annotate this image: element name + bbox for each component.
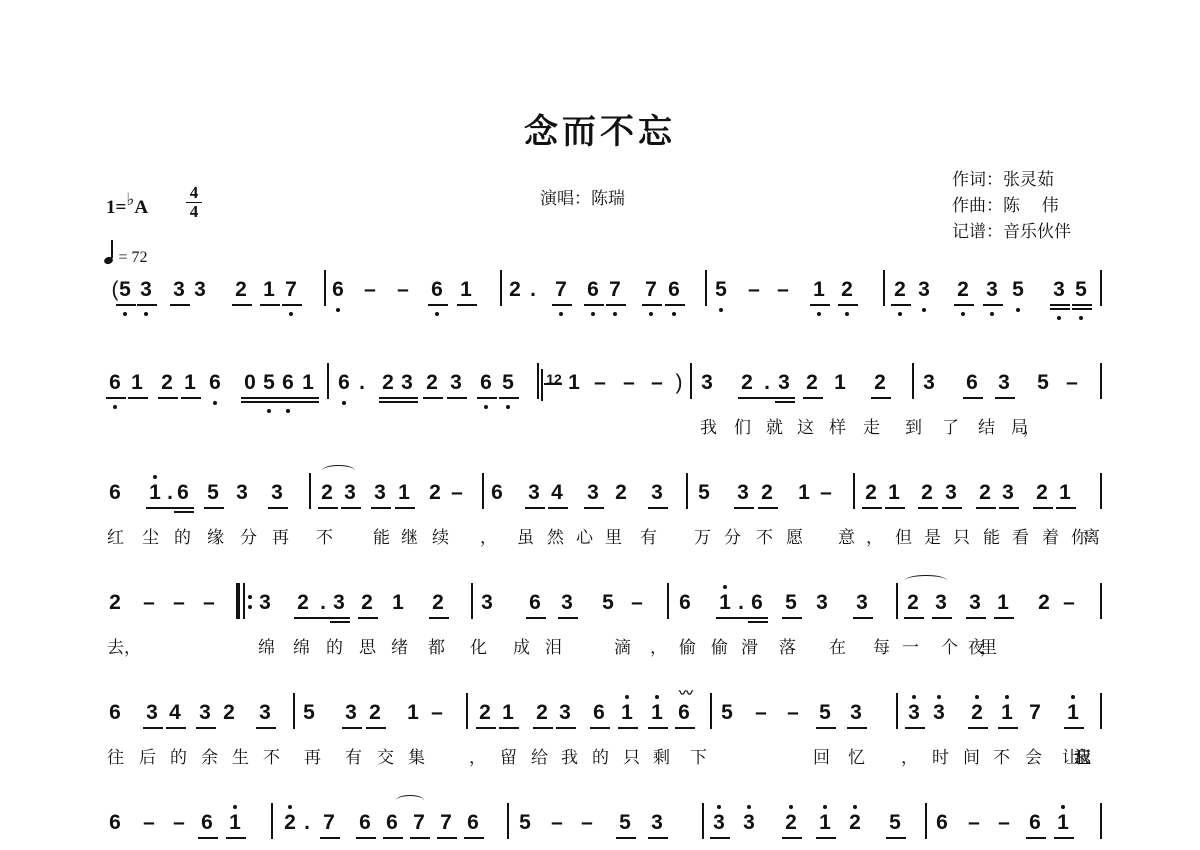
- lyric-char: 能: [983, 523, 1000, 548]
- note: 7: [439, 811, 453, 835]
- underline-beam: [999, 507, 1019, 509]
- note: 6: [586, 278, 600, 302]
- note: 3: [650, 481, 664, 505]
- note: 7: [644, 278, 658, 302]
- underline-beam: [838, 304, 858, 306]
- barline: [271, 803, 273, 839]
- underline-beam: [268, 507, 288, 509]
- underline-beam: [116, 304, 136, 306]
- barline: [853, 473, 855, 509]
- note: 3: [736, 481, 750, 505]
- note: 2: [425, 371, 439, 395]
- note: 3: [258, 701, 272, 725]
- lyric-char: 下: [690, 743, 707, 768]
- lyric-char: 这: [797, 413, 814, 438]
- note: 2: [848, 811, 862, 835]
- underline-beam: [423, 397, 443, 399]
- dash-hold: –: [550, 811, 564, 835]
- octave-dot-below: [144, 312, 148, 316]
- note: 1: [1066, 701, 1080, 725]
- note: 4: [550, 481, 564, 505]
- note: 5: [697, 481, 711, 505]
- barline: [710, 693, 712, 729]
- note: 6: [750, 591, 764, 615]
- barline: [896, 693, 898, 729]
- octave-dot-above: [1005, 695, 1009, 699]
- underline-beam: [395, 507, 415, 509]
- underline-beam: [1050, 308, 1070, 310]
- underline-beam: [648, 837, 668, 839]
- lyric-char: 交: [377, 743, 394, 768]
- underline-beam: [379, 397, 399, 399]
- note: 3: [815, 591, 829, 615]
- lyric-char: 落: [779, 633, 796, 658]
- octave-dot-below: [613, 312, 617, 316]
- underline-beam: [648, 507, 668, 509]
- time-signature-bottom: 4: [184, 203, 204, 221]
- note: 3: [855, 591, 869, 615]
- underline-beam: [226, 837, 246, 839]
- underline-beam: [320, 837, 340, 839]
- note: 3: [777, 371, 791, 395]
- score-line: 6––612.7667765––533321256––61: [0, 811, 1200, 850]
- lyric-char: ，: [650, 633, 667, 658]
- note: 2: [906, 591, 920, 615]
- volta-line: [544, 383, 562, 385]
- note: 3: [1052, 278, 1066, 302]
- time-signature: 4 4: [184, 184, 204, 221]
- underline-beam: [775, 401, 795, 403]
- octave-dot-above: [717, 805, 721, 809]
- underline-beam: [905, 727, 925, 729]
- underline-beam: [1064, 727, 1084, 729]
- note: 1: [391, 591, 405, 615]
- underline-beam: [1072, 308, 1092, 310]
- underline-beam: [294, 617, 314, 619]
- note: 5: [818, 701, 832, 725]
- octave-dot-above: [975, 695, 979, 699]
- underline-beam: [437, 837, 457, 839]
- lyric-char: 忆: [848, 743, 865, 768]
- key-one: 1=: [106, 197, 126, 218]
- barline: [293, 693, 295, 729]
- repeat-barline-thin: [243, 583, 245, 619]
- note: 6: [490, 481, 504, 505]
- underline-beam: [525, 507, 545, 509]
- lyric-char: 不: [756, 523, 773, 548]
- note: 1: [130, 371, 144, 395]
- note: 7: [284, 278, 298, 302]
- lyric-char: ，: [980, 633, 997, 658]
- slur-arc: [322, 465, 355, 476]
- lyric-char: 一: [902, 633, 919, 658]
- lyric-char: 再: [272, 523, 289, 548]
- octave-dot-below: [961, 312, 965, 316]
- transcriber-credit: 记谱：音乐伙伴: [952, 219, 1071, 245]
- note: 1: [1058, 481, 1072, 505]
- underline-beam: [556, 727, 576, 729]
- dash-hold: –: [786, 701, 800, 725]
- underline-beam: [232, 304, 252, 306]
- note: 5: [888, 811, 902, 835]
- octave-dot-below: [286, 409, 290, 413]
- note: 1: [262, 278, 276, 302]
- barline: [896, 583, 898, 619]
- underline-beam: [181, 397, 201, 399]
- note: ): [672, 371, 686, 395]
- lyric-char: 时: [932, 743, 949, 768]
- underline-beam: [137, 304, 157, 306]
- tempo-value: = 72: [119, 249, 148, 266]
- note: 1: [1000, 701, 1014, 725]
- underline-beam: [341, 507, 361, 509]
- lyric-char: 滑: [741, 633, 758, 658]
- lyric-char: 就: [766, 413, 783, 438]
- underline-beam: [983, 304, 1003, 306]
- octave-dot-above: [853, 805, 857, 809]
- octave-dot-above: [288, 805, 292, 809]
- barline: [471, 583, 473, 619]
- key-signature: 1=♭A: [106, 197, 148, 219]
- underline-beam: [241, 397, 261, 399]
- note: 1: [718, 591, 732, 615]
- lyric-char: 个: [941, 633, 958, 658]
- augmentation-dot: .: [163, 481, 177, 505]
- lyric-char: 的: [174, 523, 191, 548]
- underline-beam: [447, 397, 467, 399]
- underline-beam: [318, 507, 338, 509]
- note: 5: [618, 811, 632, 835]
- note: 2: [864, 481, 878, 505]
- dash-hold: –: [142, 811, 156, 835]
- note: 3: [145, 701, 159, 725]
- dash-hold: –: [622, 371, 636, 395]
- augmentation-dot: .: [734, 591, 748, 615]
- note: 2: [222, 701, 236, 725]
- lyric-char: 能: [373, 523, 390, 548]
- lyric-char: 会: [1025, 743, 1042, 768]
- underline-beam: [584, 304, 604, 306]
- underline-beam: [1050, 304, 1070, 306]
- note: 5: [601, 591, 615, 615]
- lyric-char: ，: [480, 523, 497, 548]
- octave-dot-above: [747, 805, 751, 809]
- lyric-char: 每: [873, 633, 890, 658]
- lyric-char: 不: [316, 523, 333, 548]
- dash-hold: –: [142, 591, 156, 615]
- underline-beam: [968, 727, 988, 729]
- lyric-char: 的: [326, 633, 343, 658]
- note: 5: [501, 371, 515, 395]
- underline-beam: [358, 617, 378, 619]
- underline-beam: [642, 304, 662, 306]
- underline-beam: [942, 507, 962, 509]
- note: 6: [479, 371, 493, 395]
- lyric-char: 万: [694, 523, 711, 548]
- score-line: 2–––32.32123635–61.653323312–去，绵绵的思绪都化成泪…: [0, 591, 1200, 631]
- underline-beam: [256, 727, 276, 729]
- note: 1: [650, 701, 664, 725]
- dash-hold: –: [650, 371, 664, 395]
- underline-beam: [648, 727, 668, 729]
- underline-beam: [810, 304, 830, 306]
- note: 1: [301, 371, 315, 395]
- note: 7: [322, 811, 336, 835]
- note: 3: [1001, 481, 1015, 505]
- repeat-dot: [248, 605, 252, 609]
- underline-beam: [166, 727, 186, 729]
- underline-beam: [803, 397, 823, 399]
- note: 3: [198, 701, 212, 725]
- barline: [686, 473, 688, 509]
- barline: [1100, 473, 1102, 509]
- note: 6: [592, 701, 606, 725]
- lyricist-credit: 作词：张灵茹: [952, 167, 1071, 193]
- note: 3: [332, 591, 346, 615]
- note: 6: [430, 278, 444, 302]
- note: 6: [281, 371, 295, 395]
- underline-beam: [616, 837, 636, 839]
- underline-beam: [143, 727, 163, 729]
- note: 1: [397, 481, 411, 505]
- lyric-char: 间: [963, 743, 980, 768]
- underline-beam: [128, 397, 148, 399]
- note: 2: [840, 278, 854, 302]
- underline-beam: [170, 304, 190, 306]
- underline-beam: [410, 837, 430, 839]
- barline: [482, 473, 484, 509]
- note: 2: [740, 371, 754, 395]
- note: 2: [368, 701, 382, 725]
- note: 3: [932, 701, 946, 725]
- underline-beam: [198, 837, 218, 839]
- note: 6: [358, 811, 372, 835]
- note: 2: [1035, 481, 1049, 505]
- note: 5: [302, 701, 316, 725]
- underline-beam: [299, 401, 319, 403]
- flat-icon: ♭: [126, 190, 134, 209]
- underline-beam: [260, 401, 280, 403]
- octave-dot-below: [817, 312, 821, 316]
- barline: [1100, 803, 1102, 839]
- note: 3: [922, 371, 936, 395]
- underline-beam: [464, 837, 484, 839]
- lyric-char: 记: [1074, 743, 1091, 768]
- note: 1: [406, 701, 420, 725]
- lyric-char: 的: [592, 743, 609, 768]
- lyric-char: 有: [640, 523, 657, 548]
- underline-beam: [954, 304, 974, 306]
- note: 1: [459, 278, 473, 302]
- octave-dot-below: [898, 312, 902, 316]
- octave-dot-below: [336, 308, 340, 312]
- lyric-char: 续: [432, 523, 449, 548]
- octave-dot-below: [506, 405, 510, 409]
- lyric-char: 都: [428, 633, 445, 658]
- dash-hold: –: [430, 701, 444, 725]
- lyric-char: 心: [576, 523, 593, 548]
- note: 2: [234, 278, 248, 302]
- octave-dot-above: [937, 695, 941, 699]
- underline-beam: [282, 304, 302, 306]
- underline-beam: [748, 621, 768, 623]
- underline-beam: [279, 397, 299, 399]
- note: 2: [1037, 591, 1051, 615]
- underline-beam: [371, 507, 391, 509]
- note: 2: [614, 481, 628, 505]
- note: 4: [168, 701, 182, 725]
- underline-beam: [891, 304, 911, 306]
- augmentation-dot: .: [526, 278, 540, 302]
- underline-beam: [758, 507, 778, 509]
- dash-hold: –: [593, 371, 607, 395]
- lyric-char: 回: [813, 743, 830, 768]
- lyric-char: 余: [201, 743, 218, 768]
- note: 2: [108, 591, 122, 615]
- barline: [324, 270, 326, 306]
- mordent-icon: 〰: [676, 681, 696, 705]
- octave-dot-below: [672, 312, 676, 316]
- note: 7: [608, 278, 622, 302]
- note: 5: [1011, 278, 1025, 302]
- dash-hold: –: [967, 811, 981, 835]
- lyric-char: 成: [513, 633, 530, 658]
- lyric-char: 在: [829, 633, 846, 658]
- octave-dot-below: [559, 312, 563, 316]
- note: 6: [385, 811, 399, 835]
- octave-dot-above: [655, 695, 659, 699]
- augmentation-dot: .: [300, 811, 314, 835]
- lyric-char: 有: [345, 743, 362, 768]
- note: 6: [108, 481, 122, 505]
- lyric-char: 着: [1042, 523, 1059, 548]
- note: 6: [208, 371, 222, 395]
- underline-beam: [366, 727, 386, 729]
- octave-dot-below: [1016, 308, 1020, 312]
- underline-beam: [885, 507, 905, 509]
- note: 5: [714, 278, 728, 302]
- note: 6: [466, 811, 480, 835]
- note: 2: [873, 371, 887, 395]
- note: 6: [108, 701, 122, 725]
- octave-dot-above: [912, 695, 916, 699]
- lyric-char: 只: [623, 743, 640, 768]
- note: 6: [337, 371, 351, 395]
- underline-beam: [1026, 837, 1046, 839]
- octave-dot-below: [719, 308, 723, 312]
- lyric-char: 意: [838, 523, 855, 548]
- underline-beam: [499, 727, 519, 729]
- dash-hold: –: [202, 591, 216, 615]
- underline-beam: [548, 507, 568, 509]
- underline-beam: [748, 617, 768, 619]
- note: 5: [262, 371, 276, 395]
- note: 3: [400, 371, 414, 395]
- octave-dot-below: [845, 312, 849, 316]
- underline-beam: [477, 397, 497, 399]
- key-note: A: [134, 197, 148, 218]
- underline-beam: [260, 304, 280, 306]
- note: 0: [243, 371, 257, 395]
- note: 1: [797, 481, 811, 505]
- quarter-note-stem: [111, 240, 113, 258]
- underline-beam: [886, 837, 906, 839]
- note: 2: [360, 591, 374, 615]
- lyric-char: 去: [107, 633, 124, 658]
- lyric-char: 样: [829, 413, 846, 438]
- lyric-char: ，: [469, 743, 486, 768]
- underline-beam: [330, 617, 350, 619]
- dash-hold: –: [172, 811, 186, 835]
- barline: [690, 363, 692, 399]
- lyric-char: 红: [107, 523, 124, 548]
- lyric-char: 思: [359, 633, 376, 658]
- note: 1: [812, 278, 826, 302]
- dash-hold: –: [396, 278, 410, 302]
- underline-beam: [558, 617, 578, 619]
- octave-dot-above: [823, 805, 827, 809]
- note: 7: [412, 811, 426, 835]
- note: 3: [712, 811, 726, 835]
- slur-arc: [905, 575, 947, 586]
- octave-dot-below: [1079, 316, 1083, 320]
- note: 1: [1056, 811, 1070, 835]
- dash-hold: –: [754, 701, 768, 725]
- dash-hold: –: [580, 811, 594, 835]
- note: 3: [586, 481, 600, 505]
- lyric-char: 泪: [545, 633, 562, 658]
- underline-beam: [526, 617, 546, 619]
- barline: [1100, 583, 1102, 619]
- note: 2: [428, 481, 442, 505]
- song-title: 念而不忘: [0, 104, 1200, 153]
- underline-beam: [174, 507, 194, 509]
- note: 3: [907, 701, 921, 725]
- note: 5: [784, 591, 798, 615]
- lyric-char: 绵: [293, 633, 310, 658]
- note: 3: [270, 481, 284, 505]
- lyric-char: 留: [500, 743, 517, 768]
- underline-beam: [299, 397, 319, 399]
- octave-dot-above: [233, 805, 237, 809]
- lyric-char: 绪: [391, 633, 408, 658]
- octave-dot-above: [1061, 805, 1065, 809]
- note: 2: [760, 481, 774, 505]
- note: 2: [478, 701, 492, 725]
- note: 6: [108, 811, 122, 835]
- augmentation-dot: .: [760, 371, 774, 395]
- underline-beam: [158, 397, 178, 399]
- underline-beam: [457, 304, 477, 306]
- note: 3: [650, 811, 664, 835]
- note: 2: [381, 371, 395, 395]
- lyric-char: 离: [1083, 523, 1100, 548]
- note: 3: [560, 591, 574, 615]
- volta-barline: [541, 369, 543, 401]
- note: 3: [934, 591, 948, 615]
- singer-credit: 演唱：陈瑞: [540, 184, 625, 209]
- note: 5: [118, 278, 132, 302]
- credits-block: 作词：张灵茹 作曲：陈 伟 记谱：音乐伙伴: [952, 167, 1071, 245]
- note: 6: [200, 811, 214, 835]
- underline-beam: [816, 727, 836, 729]
- underline-beam: [584, 507, 604, 509]
- lyric-char: 滴: [614, 633, 631, 658]
- underline-beam: [994, 617, 1014, 619]
- note: 6: [108, 371, 122, 395]
- dash-hold: –: [747, 278, 761, 302]
- lyric-char: 剩: [653, 743, 670, 768]
